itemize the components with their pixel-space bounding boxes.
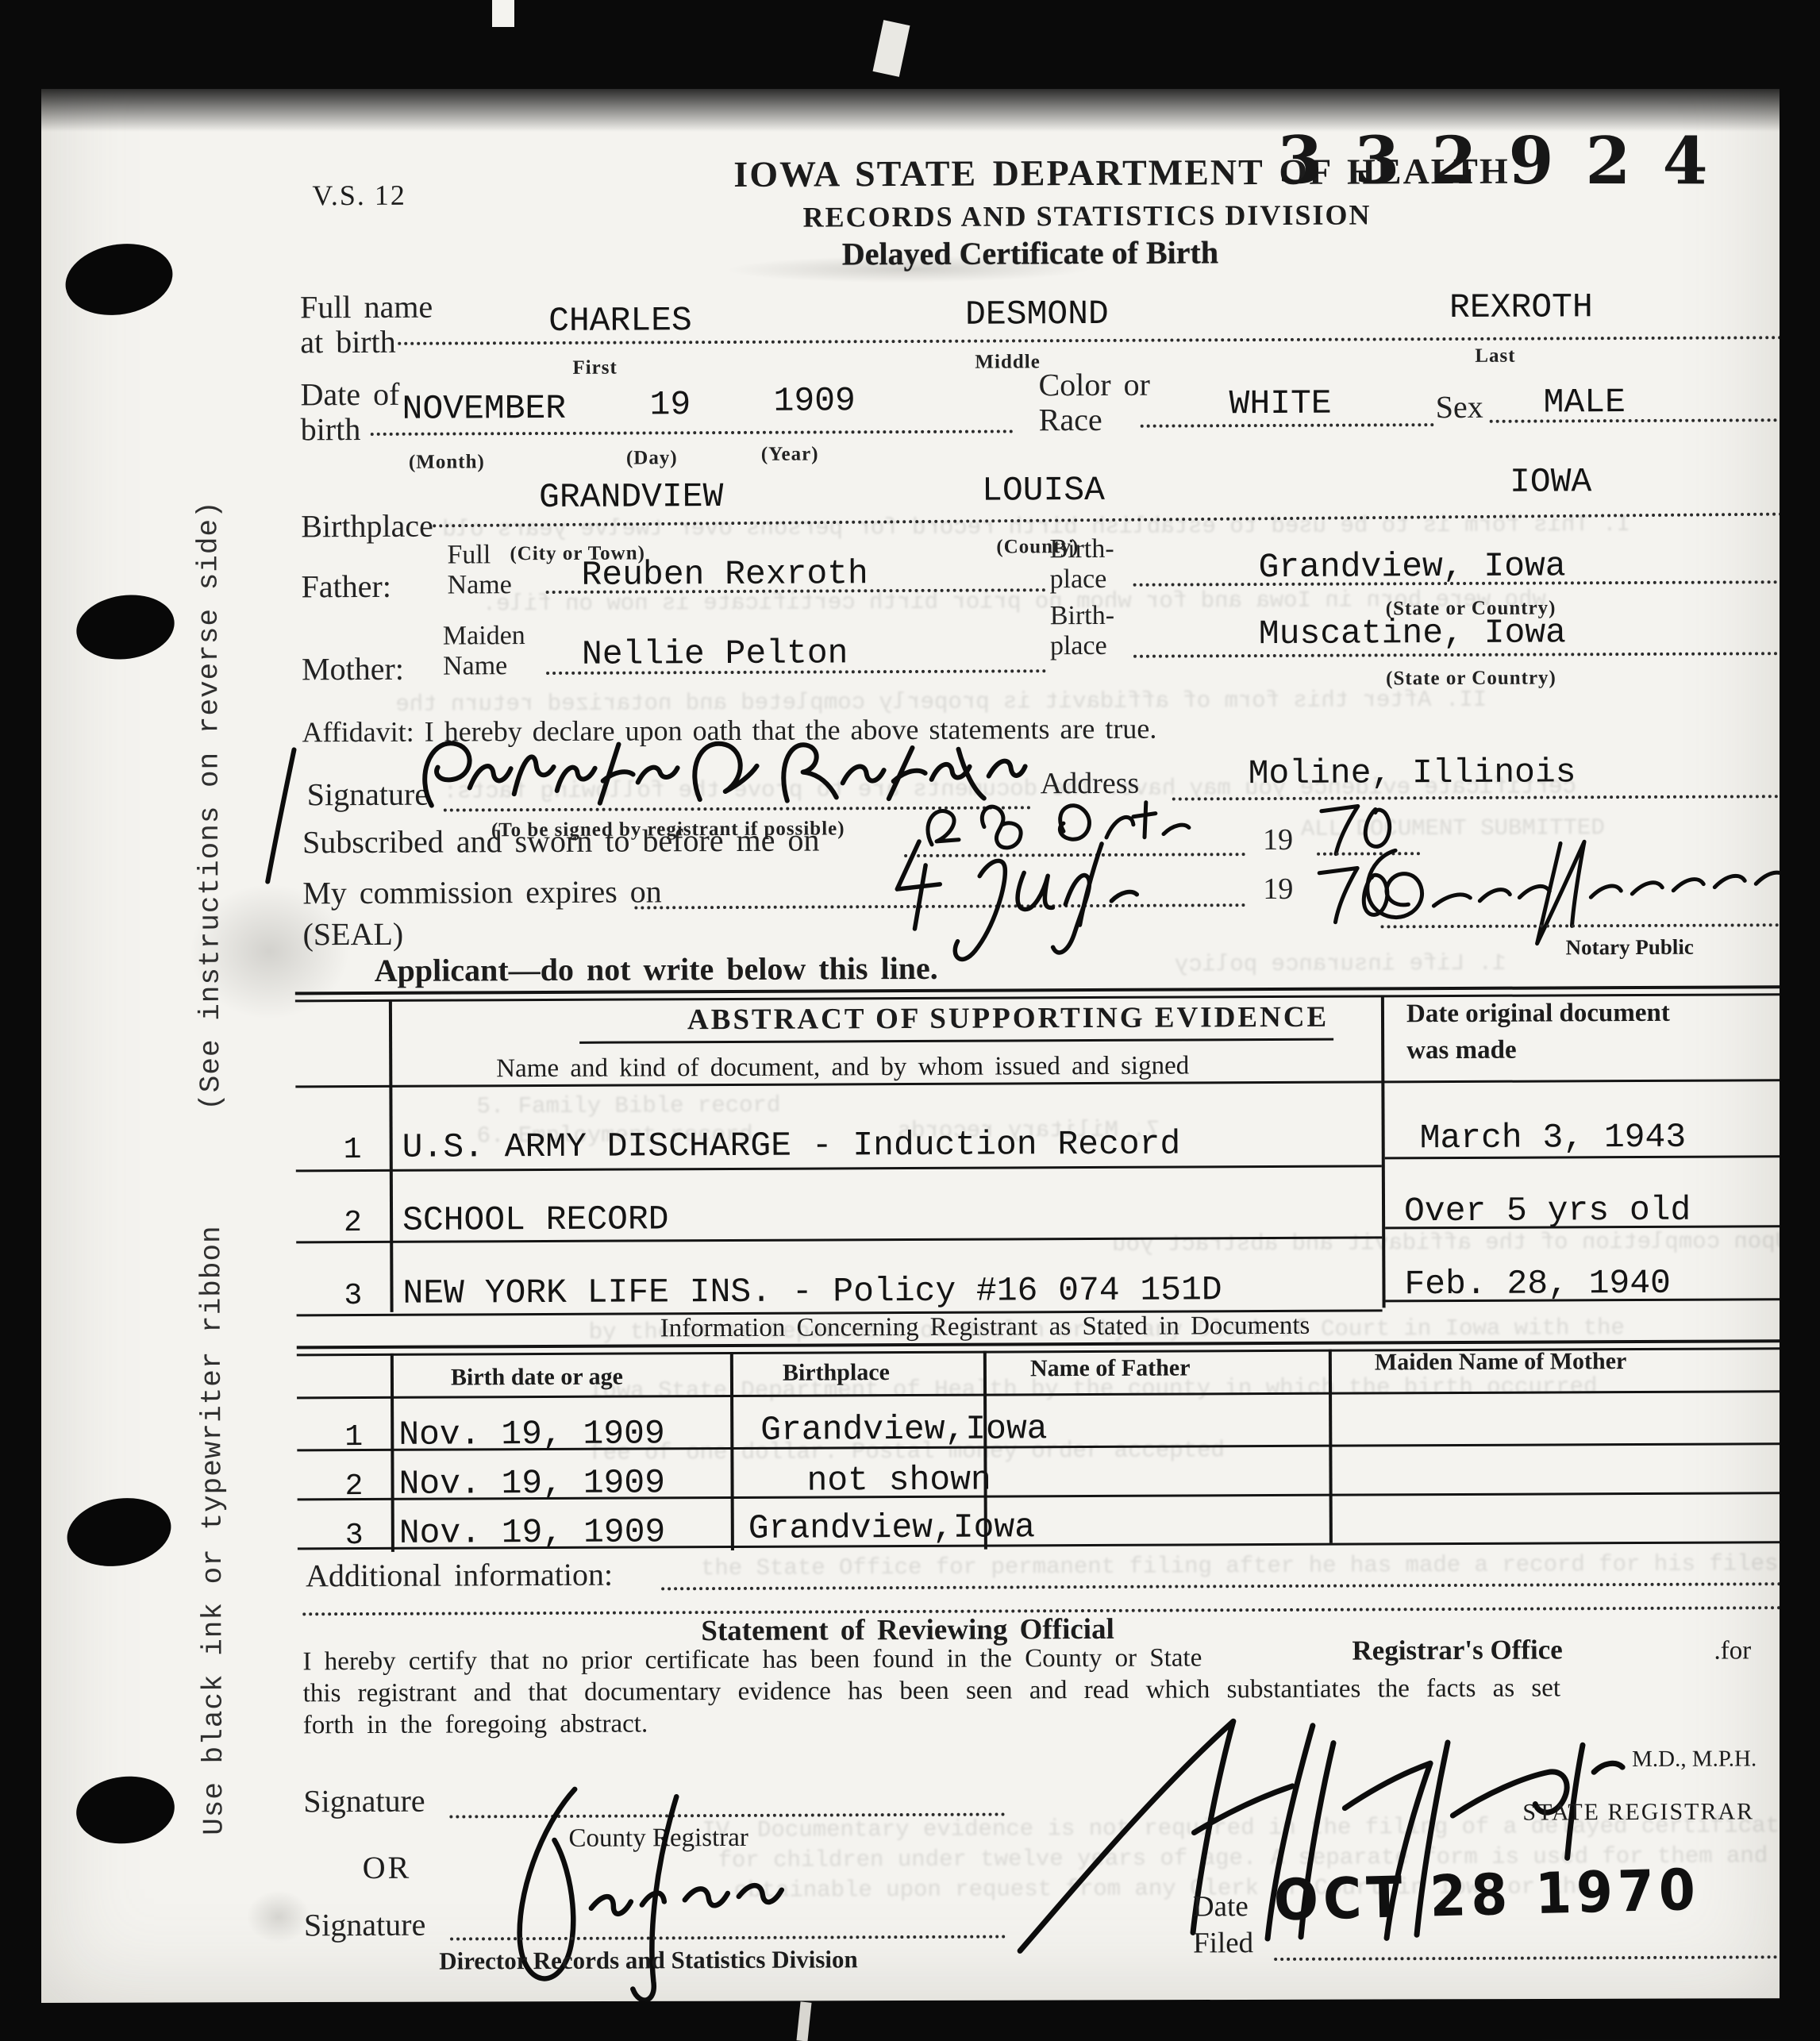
abstract-row-date: March 3, 1943	[1420, 1118, 1687, 1157]
info-row-birthplace: Grandview,Iowa	[760, 1409, 1047, 1450]
birthplace-county-value: LOUISA	[982, 471, 1105, 510]
bleedthrough-text: 5. Family Bible record	[476, 1092, 780, 1120]
mother-label: Mother:	[302, 650, 404, 688]
scan-border-top	[0, 0, 1820, 89]
commission-label: My commission expires on	[302, 872, 662, 911]
address-value: Moline, Illinois	[1249, 753, 1576, 793]
rule-line	[371, 429, 1014, 436]
abstract-title-underline	[579, 1038, 1333, 1044]
reviewing-line-3: forth in the foregoing abstract.	[303, 1709, 648, 1740]
info-row-birthplace: not shown	[806, 1461, 991, 1500]
scan-border-bottom	[32, 1998, 1820, 2041]
date-filed-label-2: Filed	[1193, 1926, 1253, 1960]
father-name-label-2: Name	[448, 570, 512, 600]
scanned-delayed-birth-certificate: I. This form is to be used to establish …	[0, 0, 1820, 2041]
bleedthrough-text: III. Upon completion of the affidavit an…	[1112, 1228, 1820, 1257]
birth-month-value: NOVEMBER	[402, 389, 567, 429]
birth-year-value: 1909	[773, 381, 855, 420]
abstract-row-num: 3	[344, 1279, 362, 1313]
sworn-year-prefix: 19	[1263, 822, 1293, 857]
additional-info-label: Additional information:	[306, 1556, 613, 1595]
abstract-date-col-label-2: was made	[1406, 1036, 1517, 1066]
pen-slash-mark	[260, 745, 301, 888]
abstract-row-document: U.S. ARMY DISCHARGE - Induction Record	[402, 1125, 1181, 1167]
day-caption: (Day)	[626, 447, 678, 469]
certificate-number-stamp: 332924	[1277, 122, 1740, 200]
bleedthrough-text: the State Office for permanent filing af…	[701, 1550, 1792, 1581]
mother-name-label-2: Name	[443, 651, 507, 681]
registrant-info-caption: Information Concerning Registrant as Sta…	[660, 1311, 1310, 1344]
rule-line	[1133, 652, 1816, 658]
race-label: Color or	[1038, 366, 1150, 404]
scan-border-left	[0, 0, 41, 2041]
birth-day-value: 19	[650, 385, 691, 424]
col-header-father: Name of Father	[1030, 1354, 1191, 1382]
mother-state-caption: (State or Country)	[1386, 667, 1556, 690]
birthplace-city-value: GRANDVIEW	[539, 477, 723, 517]
date-of-birth-label: Date of	[300, 375, 399, 414]
col-header-birth-date: Birth date or age	[451, 1364, 623, 1392]
rule-line	[1490, 418, 1815, 423]
father-birthplace-label: Birth-	[1049, 534, 1114, 564]
father-label: Father:	[302, 568, 392, 605]
sex-label: Sex	[1436, 388, 1483, 426]
col-header-mother: Maiden Name of Mother	[1375, 1348, 1627, 1376]
reviewing-title: Statement of Reviewing Official	[701, 1612, 1114, 1648]
abstract-row-num: 2	[344, 1206, 362, 1240]
scan-border-top-noise	[0, 89, 1820, 132]
state-registrar-caption: STATE REGISTRAR	[1522, 1798, 1754, 1826]
scan-smudge	[247, 1890, 310, 1943]
birthplace-label: Birthplace	[301, 507, 433, 545]
mother-name-label: Maiden	[443, 621, 525, 651]
margin-instruction-lower: Use black ink or typewriter ribbon	[195, 1225, 230, 1835]
full-name-label-2: at birth	[300, 323, 396, 361]
first-name-value: CHARLES	[548, 301, 692, 341]
middle-name-value: DESMOND	[965, 295, 1109, 334]
month-caption: (Month)	[409, 451, 485, 473]
mother-birthplace-label: Birth-	[1050, 601, 1114, 631]
abstract-row-num: 1	[344, 1133, 362, 1167]
date-filed-label: Date	[1193, 1889, 1249, 1924]
reviewing-line-1-end: .for	[1714, 1636, 1751, 1666]
reviewing-line-1: I hereby certify that no prior certifica…	[302, 1643, 1202, 1677]
reviewing-office-fill: Registrar's Office	[1352, 1634, 1562, 1666]
sworn-statement-label: Subscribed and sworn to before me on	[302, 821, 820, 861]
info-row-birthplace: Grandview,Iowa	[748, 1508, 1035, 1548]
mother-birthplace-value: Muscatine, Iowa	[1259, 613, 1566, 653]
rule-line	[1141, 423, 1434, 428]
date-filed-stamp: OCT 28 1970	[1273, 1857, 1701, 1934]
mother-name-value: Nellie Pelton	[582, 633, 848, 673]
commission-year-prefix: 19	[1263, 872, 1293, 907]
date-of-birth-label-2: birth	[301, 410, 361, 448]
abstract-row-date: Feb. 28, 1940	[1404, 1264, 1671, 1304]
signature-label-director: Signature	[304, 1906, 426, 1944]
father-birthplace-value: Grandview, Iowa	[1258, 546, 1565, 587]
col-header-birthplace: Birthplace	[783, 1359, 890, 1387]
abstract-row-document: SCHOOL RECORD	[402, 1200, 669, 1239]
or-label: OR	[363, 1849, 412, 1886]
father-birthplace-label-2: place	[1049, 564, 1106, 595]
first-caption: First	[572, 357, 617, 379]
abstract-title: ABSTRACT OF SUPPORTING EVIDENCE	[687, 1000, 1329, 1038]
last-caption: Last	[1475, 345, 1515, 368]
race-value: WHITE	[1229, 384, 1332, 424]
header-title: Delayed Certificate of Birth	[842, 233, 1218, 272]
abstract-row-document: NEW YORK LIFE INS. - Policy #16 074 151D	[402, 1270, 1222, 1313]
last-name-value: REXROTH	[1449, 287, 1593, 327]
abstract-row-date: Over 5 yrs old	[1404, 1191, 1691, 1231]
scan-border-right	[1780, 0, 1820, 2041]
form-code: V.S. 12	[312, 179, 406, 213]
sex-value: MALE	[1544, 383, 1626, 422]
middle-caption: Middle	[975, 351, 1041, 373]
rule-line	[661, 1582, 1820, 1590]
notary-public-caption: Notary Public	[1566, 935, 1694, 961]
mother-birthplace-label-2: place	[1050, 631, 1107, 661]
abstract-date-col-label: Date original document	[1406, 999, 1670, 1029]
table-vline	[391, 1354, 394, 1552]
abstract-subtitle: Name and kind of document, and by whom i…	[496, 1051, 1189, 1084]
year-caption: (Year)	[761, 443, 819, 465]
director-caption: Director Records and Statistics Division	[439, 1945, 858, 1975]
race-label-2: Race	[1039, 401, 1102, 438]
father-name-value: Reuben Rexroth	[581, 554, 868, 595]
header-division: RECORDS AND STATISTICS DIVISION	[802, 198, 1371, 233]
margin-instruction-upper: (See instructions on reverse side)	[192, 500, 227, 1111]
applicant-note: Applicant—do not write below this line.	[375, 949, 938, 989]
birthplace-state-value: IOWA	[1510, 462, 1591, 501]
full-name-label: Full name	[300, 288, 433, 326]
md-mph-caption: M.D., M.P.H.	[1632, 1746, 1757, 1773]
seal-label: (SEAL)	[302, 915, 403, 953]
scan-notch	[492, 0, 514, 27]
commission-date-script	[868, 824, 1195, 969]
father-name-label: Full	[447, 540, 491, 570]
table-vline	[1381, 996, 1386, 1307]
signature-label-county: Signature	[303, 1782, 425, 1820]
table-vline	[389, 1001, 394, 1312]
